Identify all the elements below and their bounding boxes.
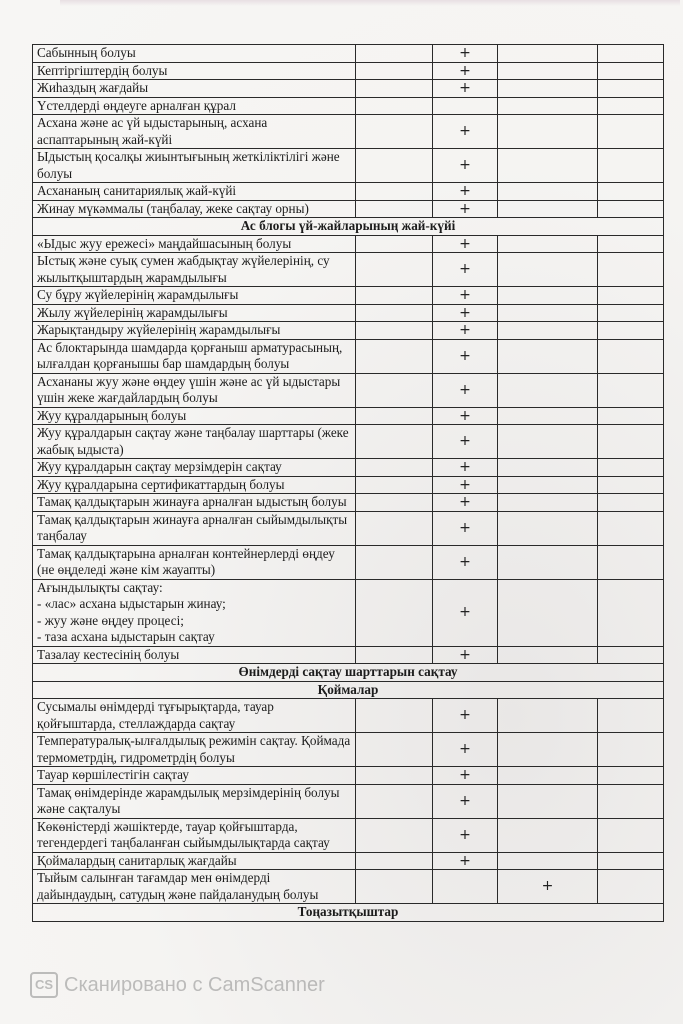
mark-cell-col-4 <box>598 476 664 494</box>
criterion-line: - таза асхана ыдыстарын сақтау <box>37 629 351 646</box>
mark-cell-col-4 <box>598 304 664 322</box>
mark-cell-col-3 <box>498 200 598 218</box>
mark-cell-col-2: + <box>433 322 498 340</box>
mark-cell-col-2 <box>433 97 498 115</box>
mark-cell-col-4 <box>598 699 664 733</box>
mark-cell-col-3: + <box>498 870 598 904</box>
mark-cell-col-4 <box>598 183 664 201</box>
mark-cell-col-4 <box>598 425 664 459</box>
mark-cell-col-1 <box>356 852 433 870</box>
mark-cell-col-2: + <box>433 149 498 183</box>
mark-cell-col-2: + <box>433 115 498 149</box>
mark-cell-col-2: + <box>433 699 498 733</box>
section-title: Тоңазытқыштар <box>33 904 664 922</box>
criterion-text: Тамақ қалдықтарына арналған контейнерлер… <box>33 545 356 579</box>
checklist-row: Ыстық және суық сумен жабдықтау жүйелері… <box>33 253 664 287</box>
criterion-text: Су бұру жүйелерінің жарамдылығы <box>33 287 356 305</box>
criterion-text: Қоймалардың санитарлық жағдайы <box>33 852 356 870</box>
mark-cell-col-3 <box>498 699 598 733</box>
mark-cell-col-1 <box>356 200 433 218</box>
mark-cell-col-1 <box>356 699 433 733</box>
checklist-row: Жуу құралдарына сертификаттардың болуы+ <box>33 476 664 494</box>
criterion-text: Ыдыстың қосалқы жиынтығының жеткіліктілі… <box>33 149 356 183</box>
criterion-text: Сабынның болуы <box>33 45 356 63</box>
mark-cell-col-2: + <box>433 579 498 646</box>
mark-cell-col-4 <box>598 407 664 425</box>
checklist-row: Тыйым салынған тағамдар мен өнімдерді да… <box>33 870 664 904</box>
mark-cell-col-4 <box>598 494 664 512</box>
criterion-text: Жуу құралдарына сертификаттардың болуы <box>33 476 356 494</box>
mark-cell-col-4 <box>598 80 664 98</box>
checklist-row: Тамақ өнімдерінде жарамдылық мерзімдерін… <box>33 784 664 818</box>
checklist-row: Ас блоктарында шамдарда қорғаныш арматур… <box>33 339 664 373</box>
criterion-text: Температуралық-ылғалдылық режимін сақтау… <box>33 733 356 767</box>
mark-cell-col-4 <box>598 870 664 904</box>
mark-cell-col-1 <box>356 767 433 785</box>
mark-cell-col-1 <box>356 511 433 545</box>
mark-cell-col-2: + <box>433 818 498 852</box>
criterion-text: Тыйым салынған тағамдар мен өнімдерді да… <box>33 870 356 904</box>
checklist-row: Су бұру жүйелерінің жарамдылығы+ <box>33 287 664 305</box>
mark-cell-col-2 <box>433 870 498 904</box>
mark-cell-col-1 <box>356 97 433 115</box>
checklist-row: «Ыдыс жуу ережесі» маңдайшасының болуы+ <box>33 235 664 253</box>
mark-cell-col-1 <box>356 545 433 579</box>
inspection-checklist-table: Сабынның болуы+Кептіргіштердің болуы+Жиһ… <box>32 44 664 922</box>
mark-cell-col-1 <box>356 818 433 852</box>
mark-cell-col-2: + <box>433 339 498 373</box>
checklist-row: Жуу құралдарын сақтау және таңбалау шарт… <box>33 425 664 459</box>
checklist-row: Сабынның болуы+ <box>33 45 664 63</box>
mark-cell-col-4 <box>598 511 664 545</box>
checklist-row: Тамақ қалдықтарын жинауға арналған сыйым… <box>33 511 664 545</box>
mark-cell-col-1 <box>356 459 433 477</box>
section-title: Қоймалар <box>33 681 664 699</box>
checklist-row: Үстелдерді өңдеуге арналған құрал <box>33 97 664 115</box>
section-title: Өнімдерді сақтау шарттарын сақтау <box>33 664 664 682</box>
criterion-text: Асхана және ас үй ыдыстарының, асхана ас… <box>33 115 356 149</box>
mark-cell-col-3 <box>498 579 598 646</box>
mark-cell-col-4 <box>598 200 664 218</box>
mark-cell-col-2: + <box>433 784 498 818</box>
mark-cell-col-1 <box>356 784 433 818</box>
mark-cell-col-2: + <box>433 852 498 870</box>
mark-cell-col-3 <box>498 733 598 767</box>
mark-cell-col-1 <box>356 115 433 149</box>
checklist-row: Тауар көршілестігін сақтау+ <box>33 767 664 785</box>
criterion-text: Ыстық және суық сумен жабдықтау жүйелері… <box>33 253 356 287</box>
criterion-text: Тазалау кестесінің болуы <box>33 646 356 664</box>
mark-cell-col-2: + <box>433 253 498 287</box>
checklist-row: Кептіргіштердің болуы+ <box>33 62 664 80</box>
checklist-row: Асхананы жуу және өңдеу үшін және ас үй … <box>33 373 664 407</box>
mark-cell-col-3 <box>498 322 598 340</box>
criterion-text: Тауар көршілестігін сақтау <box>33 767 356 785</box>
criterion-text: Сусымалы өнімдерді тұғырықтарда, тауар қ… <box>33 699 356 733</box>
criterion-text: «Ыдыс жуу ережесі» маңдайшасының болуы <box>33 235 356 253</box>
mark-cell-col-1 <box>356 339 433 373</box>
section-header-row: Ас блогы үй-жайларының жай-күйі <box>33 218 664 236</box>
mark-cell-col-3 <box>498 183 598 201</box>
checklist-row: Жуу құралдарының болуы+ <box>33 407 664 425</box>
mark-cell-col-4 <box>598 545 664 579</box>
checklist-row: Асхананың санитариялық жай-күйі+ <box>33 183 664 201</box>
mark-cell-col-3 <box>498 97 598 115</box>
criterion-text: Тамақ қалдықтарын жинауға арналған ыдыст… <box>33 494 356 512</box>
section-header-row: Қоймалар <box>33 681 664 699</box>
checklist-row: Жинау мүкәммалы (таңбалау, жеке сақтау о… <box>33 200 664 218</box>
mark-cell-col-3 <box>498 784 598 818</box>
mark-cell-col-2: + <box>433 733 498 767</box>
checklist-body: Сабынның болуы+Кептіргіштердің болуы+Жиһ… <box>33 45 664 922</box>
mark-cell-col-3 <box>498 373 598 407</box>
criterion-text: Жиһаздың жағдайы <box>33 80 356 98</box>
mark-cell-col-4 <box>598 818 664 852</box>
mark-cell-col-3 <box>498 45 598 63</box>
mark-cell-col-1 <box>356 407 433 425</box>
checklist-row: Ағындылықты сақтау:- «лас» асхана ыдыста… <box>33 579 664 646</box>
mark-cell-col-3 <box>498 339 598 373</box>
mark-cell-col-2: + <box>433 476 498 494</box>
checklist-row: Сусымалы өнімдерді тұғырықтарда, тауар қ… <box>33 699 664 733</box>
mark-cell-col-1 <box>356 235 433 253</box>
mark-cell-col-2: + <box>433 235 498 253</box>
section-title: Ас блогы үй-жайларының жай-күйі <box>33 218 664 236</box>
criterion-text: Жуу құралдарының болуы <box>33 407 356 425</box>
mark-cell-col-3 <box>498 287 598 305</box>
mark-cell-col-3 <box>498 149 598 183</box>
mark-cell-col-2: + <box>433 62 498 80</box>
checklist-row: Қоймалардың санитарлық жағдайы+ <box>33 852 664 870</box>
mark-cell-col-2: + <box>433 287 498 305</box>
criterion-line: Ағындылықты сақтау: <box>37 580 351 597</box>
mark-cell-col-1 <box>356 253 433 287</box>
mark-cell-col-3 <box>498 476 598 494</box>
mark-cell-col-4 <box>598 373 664 407</box>
mark-cell-col-3 <box>498 425 598 459</box>
mark-cell-col-3 <box>498 767 598 785</box>
criterion-text: Тамақ қалдықтарын жинауға арналған сыйым… <box>33 511 356 545</box>
criterion-text: Үстелдерді өңдеуге арналған құрал <box>33 97 356 115</box>
mark-cell-col-1 <box>356 476 433 494</box>
mark-cell-col-2: + <box>433 545 498 579</box>
mark-cell-col-3 <box>498 818 598 852</box>
criterion-text: Жылу жүйелерінің жарамдылығы <box>33 304 356 322</box>
mark-cell-col-4 <box>598 852 664 870</box>
mark-cell-col-2: + <box>433 459 498 477</box>
mark-cell-col-1 <box>356 149 433 183</box>
mark-cell-col-1 <box>356 646 433 664</box>
criterion-text: Асхананың санитариялық жай-күйі <box>33 183 356 201</box>
mark-cell-col-4 <box>598 149 664 183</box>
criterion-line: - жуу және өңдеу процесі; <box>37 613 351 630</box>
mark-cell-col-2: + <box>433 304 498 322</box>
checklist-row: Жиһаздың жағдайы+ <box>33 80 664 98</box>
mark-cell-col-1 <box>356 287 433 305</box>
mark-cell-col-1 <box>356 579 433 646</box>
mark-cell-col-4 <box>598 287 664 305</box>
mark-cell-col-1 <box>356 45 433 63</box>
mark-cell-col-3 <box>498 115 598 149</box>
mark-cell-col-2: + <box>433 511 498 545</box>
mark-cell-col-1 <box>356 373 433 407</box>
criterion-text: Ас блоктарында шамдарда қорғаныш арматур… <box>33 339 356 373</box>
mark-cell-col-2: + <box>433 200 498 218</box>
mark-cell-col-2: + <box>433 45 498 63</box>
mark-cell-col-3 <box>498 304 598 322</box>
mark-cell-col-3 <box>498 545 598 579</box>
mark-cell-col-4 <box>598 646 664 664</box>
mark-cell-col-2: + <box>433 407 498 425</box>
mark-cell-col-3 <box>498 80 598 98</box>
checklist-row: Көкөністерді жәшіктерде, тауар қойғыштар… <box>33 818 664 852</box>
criterion-text: Жинау мүкәммалы (таңбалау, жеке сақтау о… <box>33 200 356 218</box>
mark-cell-col-4 <box>598 579 664 646</box>
mark-cell-col-2: + <box>433 494 498 512</box>
mark-cell-col-1 <box>356 733 433 767</box>
checklist-row: Жуу құралдарын сақтау мерзімдерін сақтау… <box>33 459 664 477</box>
criterion-text: Кептіргіштердің болуы <box>33 62 356 80</box>
mark-cell-col-2: + <box>433 767 498 785</box>
mark-cell-col-1 <box>356 62 433 80</box>
checklist-row: Ыдыстың қосалқы жиынтығының жеткіліктілі… <box>33 149 664 183</box>
mark-cell-col-3 <box>498 494 598 512</box>
mark-cell-col-1 <box>356 183 433 201</box>
mark-cell-col-4 <box>598 115 664 149</box>
checklist-row: Тамақ қалдықтарына арналған контейнерлер… <box>33 545 664 579</box>
mark-cell-col-4 <box>598 97 664 115</box>
criterion-line: - «лас» асхана ыдыстарын жинау; <box>37 596 351 613</box>
mark-cell-col-4 <box>598 45 664 63</box>
mark-cell-col-4 <box>598 62 664 80</box>
criterion-text: Жуу құралдарын сақтау және таңбалау шарт… <box>33 425 356 459</box>
mark-cell-col-4 <box>598 459 664 477</box>
mark-cell-col-2: + <box>433 80 498 98</box>
checklist-row: Тамақ қалдықтарын жинауға арналған ыдыст… <box>33 494 664 512</box>
section-header-row: Тоңазытқыштар <box>33 904 664 922</box>
mark-cell-col-3 <box>498 852 598 870</box>
mark-cell-col-1 <box>356 322 433 340</box>
mark-cell-col-3 <box>498 511 598 545</box>
criterion-text: Жарықтандыру жүйелерінің жарамдылығы <box>33 322 356 340</box>
mark-cell-col-3 <box>498 235 598 253</box>
page-top-edge <box>60 0 680 6</box>
criterion-text: Көкөністерді жәшіктерде, тауар қойғыштар… <box>33 818 356 852</box>
mark-cell-col-4 <box>598 767 664 785</box>
mark-cell-col-1 <box>356 304 433 322</box>
mark-cell-col-4 <box>598 784 664 818</box>
checklist-row: Температуралық-ылғалдылық режимін сақтау… <box>33 733 664 767</box>
mark-cell-col-2: + <box>433 425 498 459</box>
mark-cell-col-4 <box>598 235 664 253</box>
mark-cell-col-3 <box>498 459 598 477</box>
criterion-text: Асхананы жуу және өңдеу үшін және ас үй … <box>33 373 356 407</box>
mark-cell-col-1 <box>356 80 433 98</box>
mark-cell-col-3 <box>498 407 598 425</box>
mark-cell-col-4 <box>598 733 664 767</box>
mark-cell-col-4 <box>598 322 664 340</box>
mark-cell-col-2: + <box>433 183 498 201</box>
checklist-row: Асхана және ас үй ыдыстарының, асхана ас… <box>33 115 664 149</box>
mark-cell-col-1 <box>356 425 433 459</box>
checklist-row: Жарықтандыру жүйелерінің жарамдылығы+ <box>33 322 664 340</box>
checklist-row: Жылу жүйелерінің жарамдылығы+ <box>33 304 664 322</box>
mark-cell-col-2: + <box>433 646 498 664</box>
criterion-text: Ағындылықты сақтау:- «лас» асхана ыдыста… <box>33 579 356 646</box>
mark-cell-col-3 <box>498 62 598 80</box>
section-header-row: Өнімдерді сақтау шарттарын сақтау <box>33 664 664 682</box>
checklist-row: Тазалау кестесінің болуы+ <box>33 646 664 664</box>
criterion-text: Жуу құралдарын сақтау мерзімдерін сақтау <box>33 459 356 477</box>
mark-cell-col-3 <box>498 253 598 287</box>
criterion-text: Тамақ өнімдерінде жарамдылық мерзімдерін… <box>33 784 356 818</box>
mark-cell-col-3 <box>498 646 598 664</box>
mark-cell-col-1 <box>356 870 433 904</box>
mark-cell-col-1 <box>356 494 433 512</box>
mark-cell-col-4 <box>598 253 664 287</box>
mark-cell-col-4 <box>598 339 664 373</box>
mark-cell-col-2: + <box>433 373 498 407</box>
